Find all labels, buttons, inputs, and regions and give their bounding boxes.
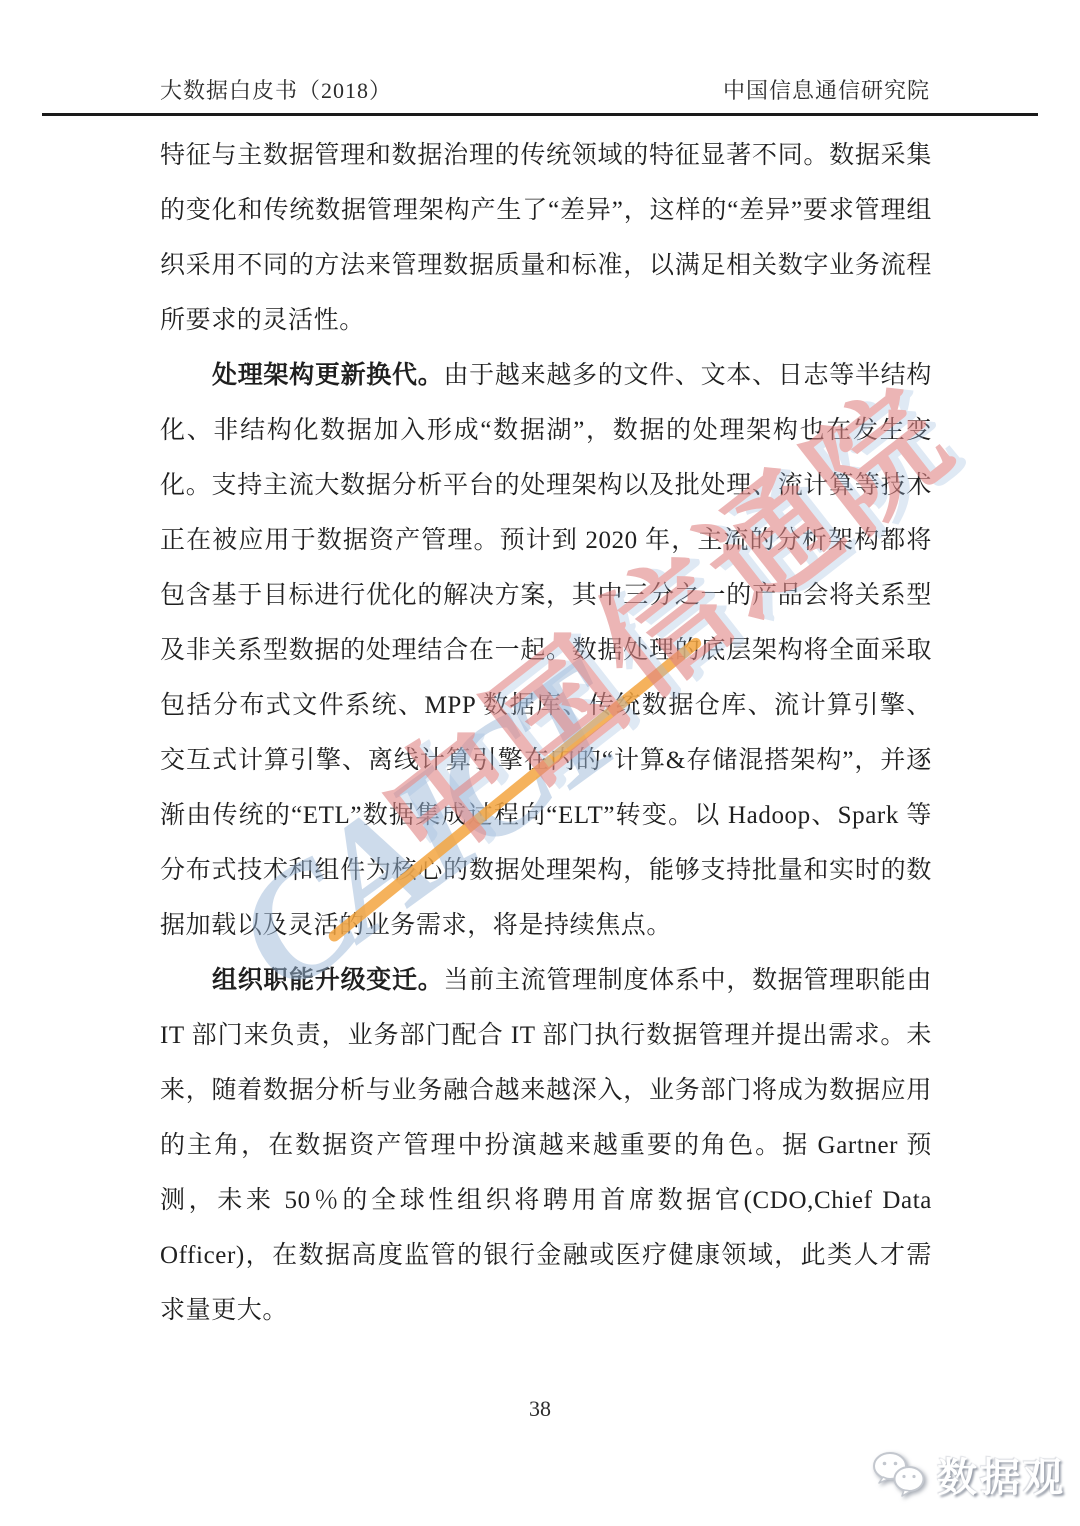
databrand-logo: 数据观 [871, 1446, 1066, 1503]
header-left-title: 大数据白皮书（2018） [160, 74, 392, 105]
paragraph: 组织职能升级变迁。当前主流管理制度体系中，数据管理职能由 IT 部门来负责，业务… [160, 953, 932, 1338]
paragraph-text: 由于越来越多的文件、文本、日志等半结构化、非结构化数据加入形成“数据湖”，数据的… [160, 362, 932, 939]
paragraph: 特征与主数据管理和数据治理的传统领域的特征显著不同。数据采集的变化和传统数据管理… [160, 128, 932, 348]
header-rule [42, 113, 1038, 116]
page-number: 38 [0, 1396, 1080, 1422]
paragraph: 处理架构更新换代。由于越来越多的文件、文本、日志等半结构化、非结构化数据加入形成… [160, 348, 932, 953]
paragraph-text: 当前主流管理制度体系中，数据管理职能由 IT 部门来负责，业务部门配合 IT 部… [160, 967, 932, 1324]
wechat-icon [871, 1451, 929, 1499]
brand-label: 数据观 [937, 1446, 1066, 1503]
document-page: 大数据白皮书（2018） 中国信息通信研究院 CAICT 中国信通院 特征与主数… [0, 0, 1080, 1526]
paragraph-text: 特征与主数据管理和数据治理的传统领域的特征显著不同。数据采集的变化和传统数据管理… [160, 142, 932, 334]
paragraph-lead: 处理架构更新换代。 [212, 361, 443, 389]
page-header: 大数据白皮书（2018） 中国信息通信研究院 [160, 74, 930, 105]
header-right-title: 中国信息通信研究院 [723, 74, 930, 105]
paragraph-lead: 组织职能升级变迁。 [212, 966, 443, 994]
body-text: 特征与主数据管理和数据治理的传统领域的特征显著不同。数据采集的变化和传统数据管理… [160, 128, 932, 1338]
